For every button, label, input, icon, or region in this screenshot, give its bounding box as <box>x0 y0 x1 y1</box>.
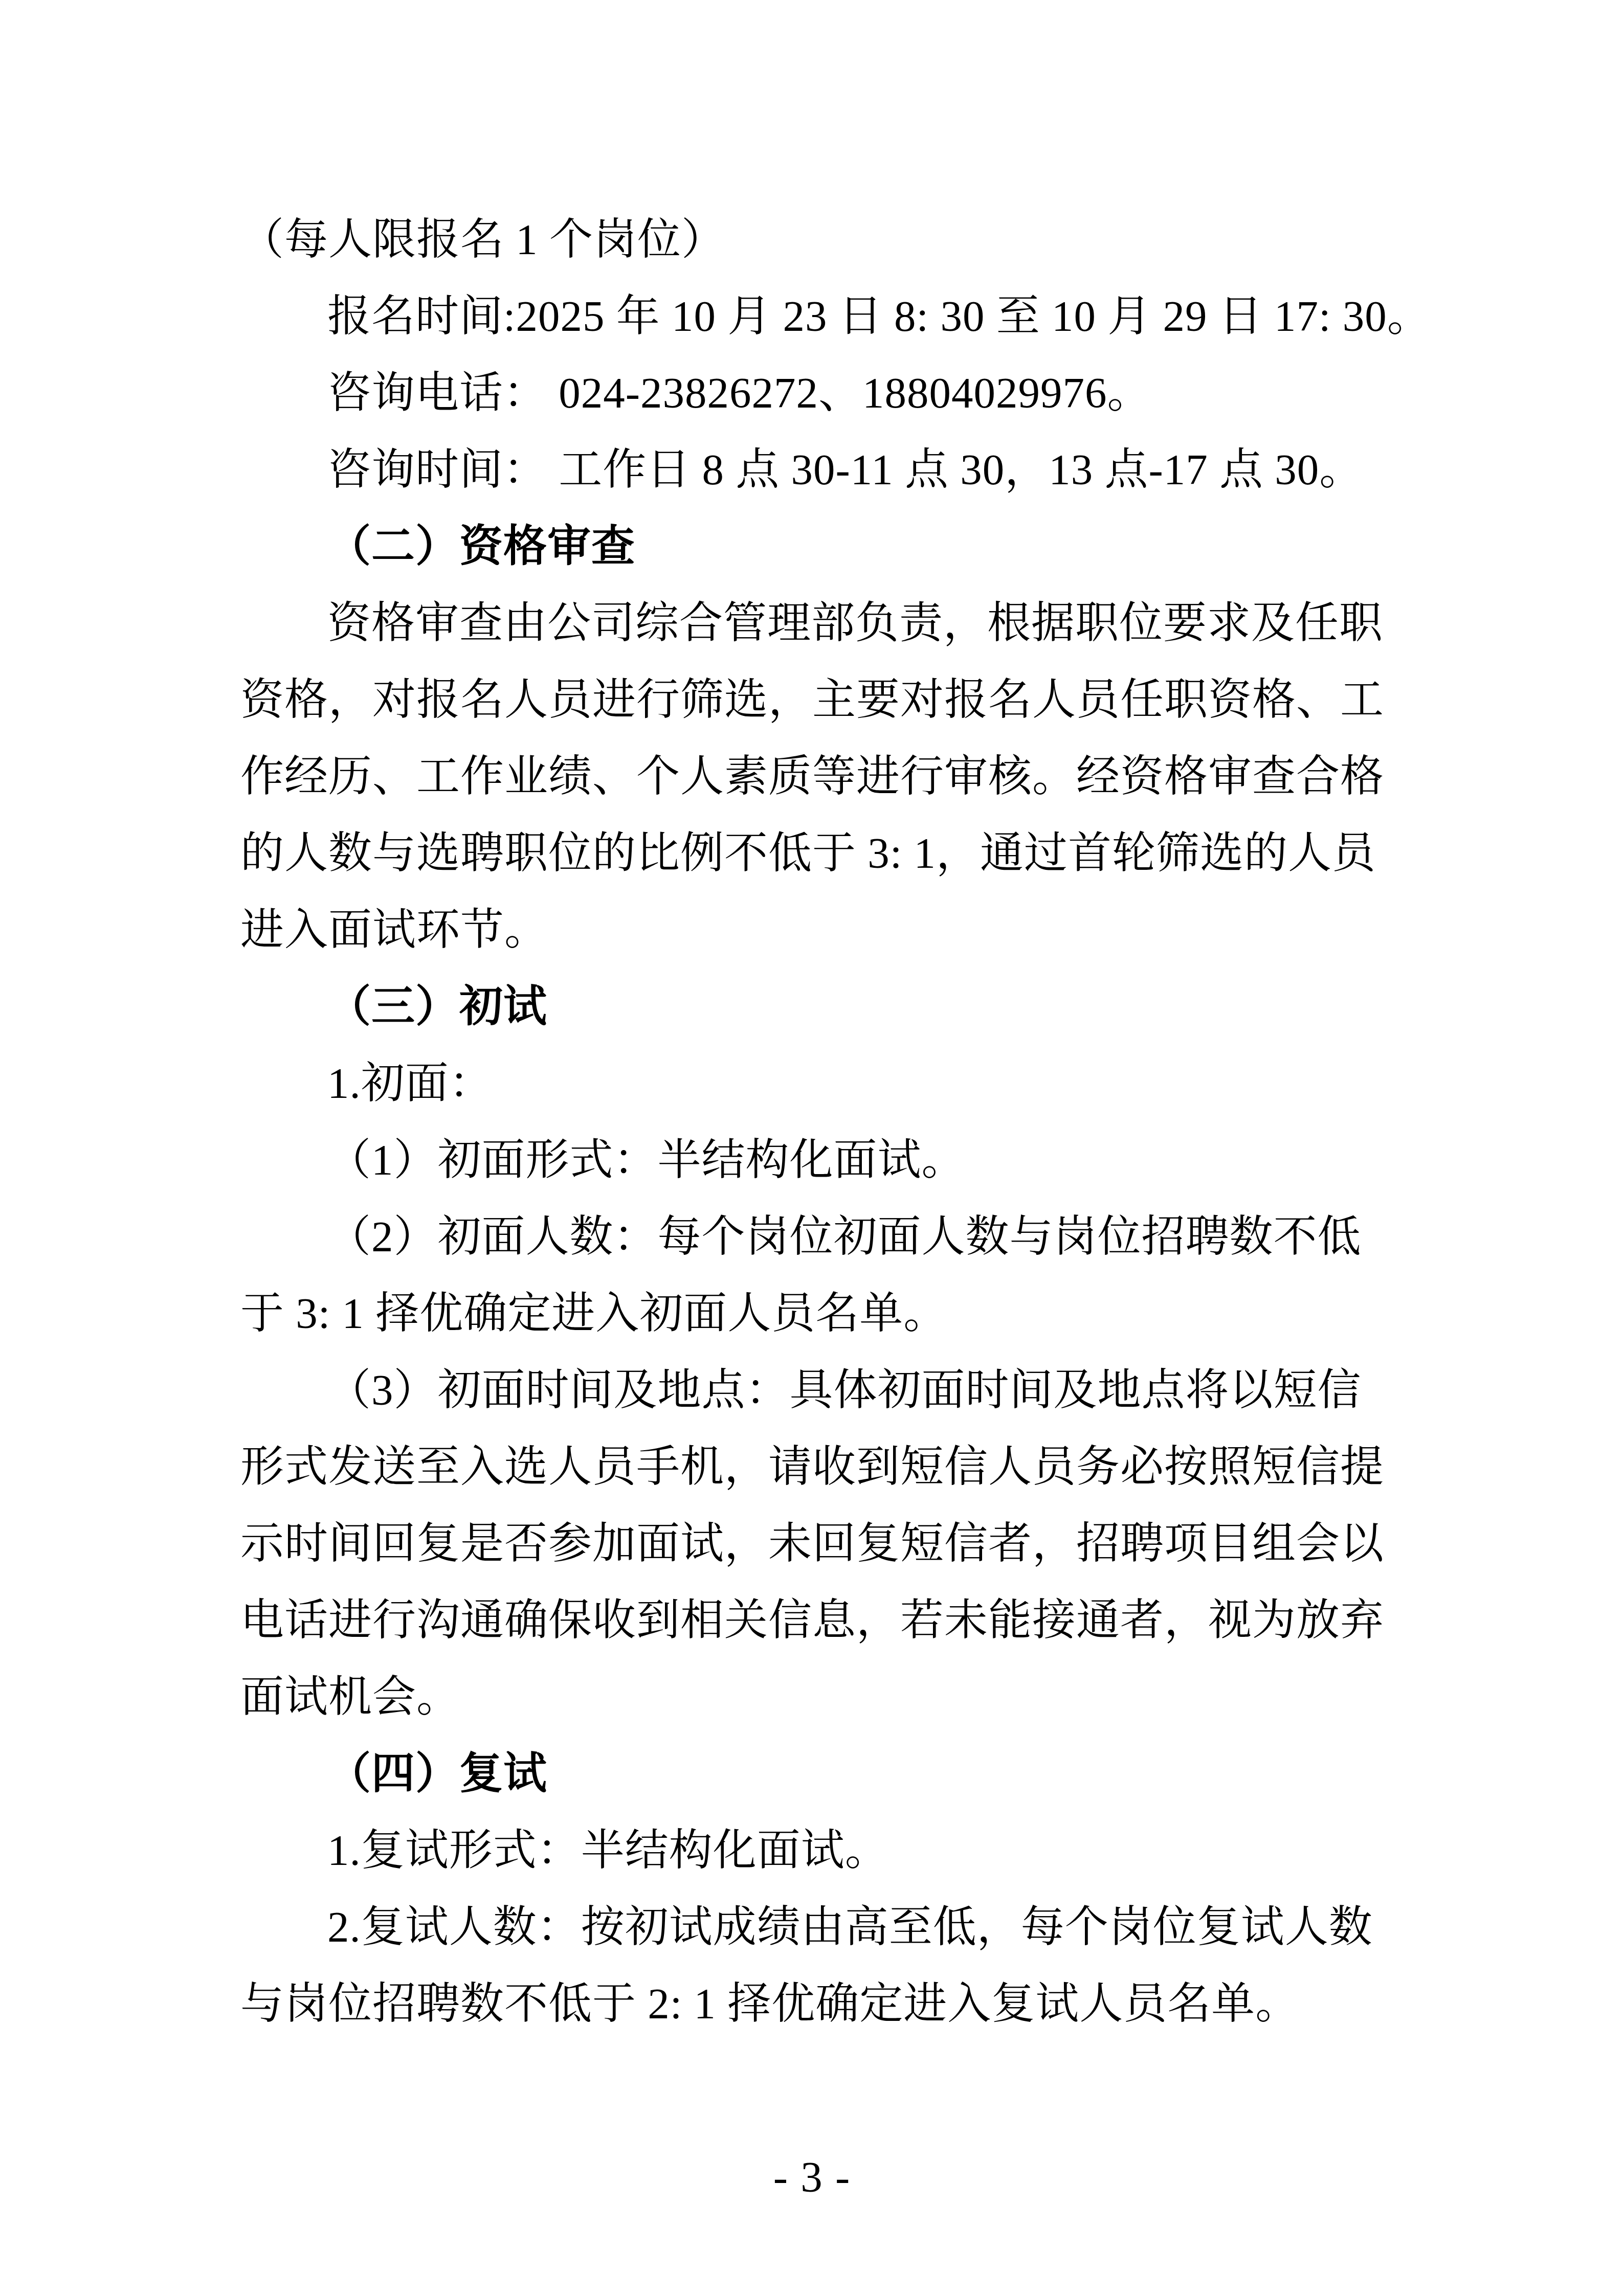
text-line: （每人限报名 1 个岗位） <box>240 201 1396 278</box>
text-line: 的人数与选聘职位的比例不低于 3: 1，通过首轮筛选的人员 <box>240 815 1396 892</box>
text-line: （3）初面时间及地点：具体初面时间及地点将以短信 <box>240 1352 1396 1429</box>
text-line: 电话进行沟通确保收到相关信息，若未能接通者，视为放弃 <box>240 1582 1396 1659</box>
text-line: 咨询时间： 工作日 8 点 30-11 点 30，13 点-17 点 30。 <box>240 432 1396 508</box>
text-line: 资格审查由公司综合管理部负责，根据职位要求及任职 <box>240 585 1396 662</box>
text-line: 与岗位招聘数不低于 2: 1 择优确定进入复试人员名单。 <box>240 1966 1396 2042</box>
text-line: 资格，对报名人员进行筛选，主要对报名人员任职资格、工 <box>240 662 1396 738</box>
text-line: 1.复试形式：半结构化面试。 <box>240 1812 1396 1889</box>
section-heading-line: （四）复试 <box>240 1736 1396 1812</box>
text-line: 示时间回复是否参加面试，未回复短信者，招聘项目组会以 <box>240 1505 1396 1582</box>
text-line: 2.复试人数：按初试成绩由高至低，每个岗位复试人数 <box>240 1889 1396 1966</box>
text-line: （2）初面人数：每个岗位初面人数与岗位招聘数不低 <box>240 1199 1396 1275</box>
text-line: 咨询电话： 024-23826272、18804029976。 <box>240 355 1396 432</box>
text-line: 报名时间:2025 年 10 月 23 日 8: 30 至 10 月 29 日 … <box>240 278 1396 355</box>
text-line: 进入面试环节。 <box>240 892 1396 969</box>
document-body: （每人限报名 1 个岗位）报名时间:2025 年 10 月 23 日 8: 30… <box>240 201 1396 2042</box>
text-line: 于 3: 1 择优确定进入初面人员名单。 <box>240 1275 1396 1352</box>
document-page: （每人限报名 1 个岗位）报名时间:2025 年 10 月 23 日 8: 30… <box>0 0 1624 2296</box>
text-line: （1）初面形式：半结构化面试。 <box>240 1122 1396 1199</box>
text-line: 作经历、工作业绩、个人素质等进行审核。经资格审查合格 <box>240 738 1396 815</box>
section-heading-line: （二）资格审查 <box>240 508 1396 585</box>
text-line: 形式发送至入选人员手机，请收到短信人员务必按照短信提 <box>240 1429 1396 1505</box>
text-line: 面试机会。 <box>240 1659 1396 1736</box>
text-line: 1.初面： <box>240 1045 1396 1122</box>
page-number: - 3 - <box>0 2139 1624 2216</box>
section-heading-line: （三）初试 <box>240 969 1396 1045</box>
